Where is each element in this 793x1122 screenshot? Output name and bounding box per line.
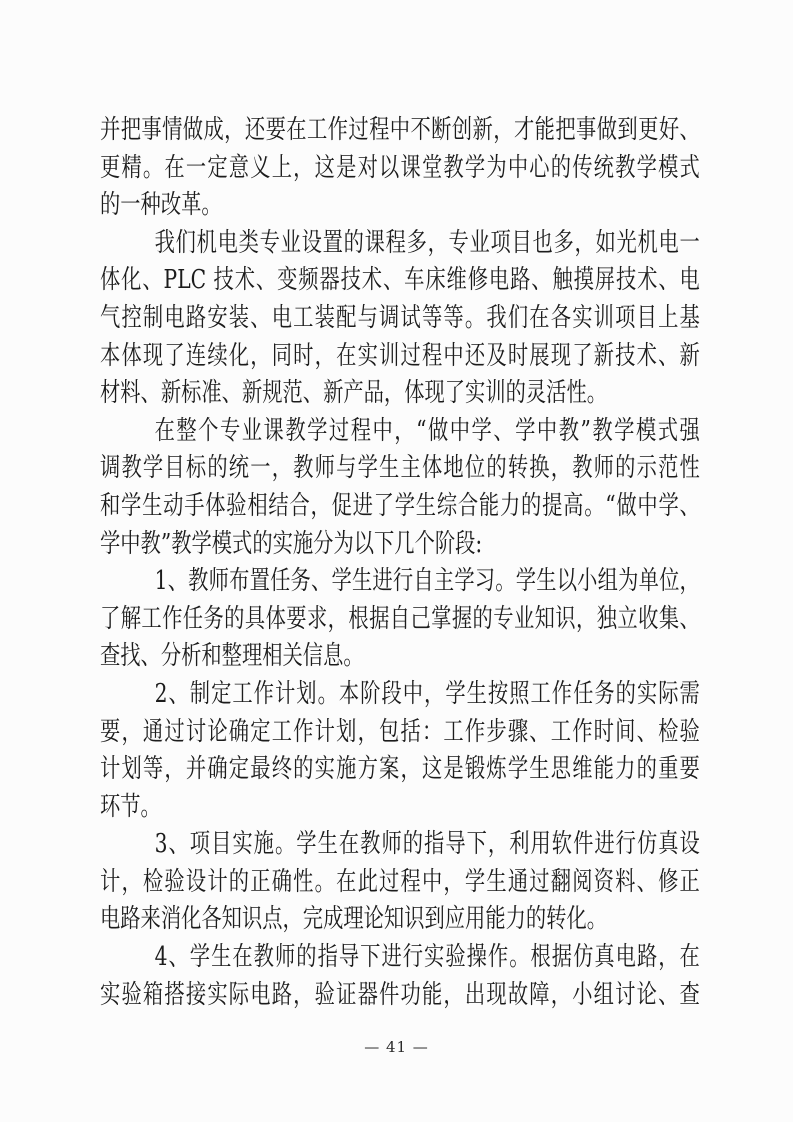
text-line: 了解工作任务的具体要求，根据自己掌握的专业知识，独立收集、 <box>100 601 700 639</box>
text-line: 调教学目标的统一，教师与学生主体地位的转换，教师的示范性 <box>100 450 700 488</box>
text-line: 我们机电类专业设置的课程多，专业项目也多，如光机电一 <box>100 225 700 263</box>
text-line: 要，通过讨论确定工作计划，包括：工作步骤、工作时间、检验 <box>100 714 700 752</box>
text-line: 查找、分析和整理相关信息。 <box>100 638 700 676</box>
text-line: 实验箱搭接实际电路，验证器件功能，出现故障，小组讨论、查 <box>100 977 700 1015</box>
text-line: 电路来消化各知识点，完成理论知识到应用能力的转化。 <box>100 901 700 939</box>
text-line: 计划等，并确定最终的实施方案，这是锻炼学生思维能力的重要 <box>100 751 700 789</box>
text-line: 的一种改革。 <box>100 187 700 225</box>
body-text: 并把事情做成，还要在工作过程中不断创新，才能把事做到更好、更精。在一定意义上，这… <box>100 112 700 1014</box>
text-line: 3、项目实施。学生在教师的指导下，利用软件进行仿真设 <box>100 826 700 864</box>
text-line: 在整个专业课教学过程中，“做中学、学中教”教学模式强 <box>100 413 700 451</box>
text-line: 计，检验设计的正确性。在此过程中，学生通过翻阅资料、修正 <box>100 864 700 902</box>
text-line: 更精。在一定意义上，这是对以课堂教学为中心的传统教学模式 <box>100 150 700 188</box>
text-line: 并把事情做成，还要在工作过程中不断创新，才能把事做到更好、 <box>100 112 700 150</box>
text-line: 本体现了连续化，同时，在实训过程中还及时展现了新技术、新 <box>100 338 700 376</box>
text-line: 气控制电路安装、电工装配与调试等等。我们在各实训项目上基 <box>100 300 700 338</box>
text-line: 环节。 <box>100 789 700 827</box>
text-line: 学中教”教学模式的实施分为以下几个阶段: <box>100 526 700 564</box>
text-line: 4、学生在教师的指导下进行实验操作。根据仿真电路，在 <box>100 939 700 977</box>
text-line: 材料、新标准、新规范、新产品，体现了实训的灵活性。 <box>100 375 700 413</box>
document-page: 并把事情做成，还要在工作过程中不断创新，才能把事做到更好、更精。在一定意义上，这… <box>0 0 793 1122</box>
text-line: 体化、PLC 技术、变频器技术、车床维修电路、触摸屏技术、电 <box>100 262 700 300</box>
page-number: — 41 — <box>0 1038 793 1056</box>
text-line: 1、教师布置任务、学生进行自主学习。学生以小组为单位， <box>100 563 700 601</box>
text-line: 2、制定工作计划。本阶段中，学生按照工作任务的实际需 <box>100 676 700 714</box>
text-line: 和学生动手体验相结合，促进了学生综合能力的提高。“做中学、 <box>100 488 700 526</box>
